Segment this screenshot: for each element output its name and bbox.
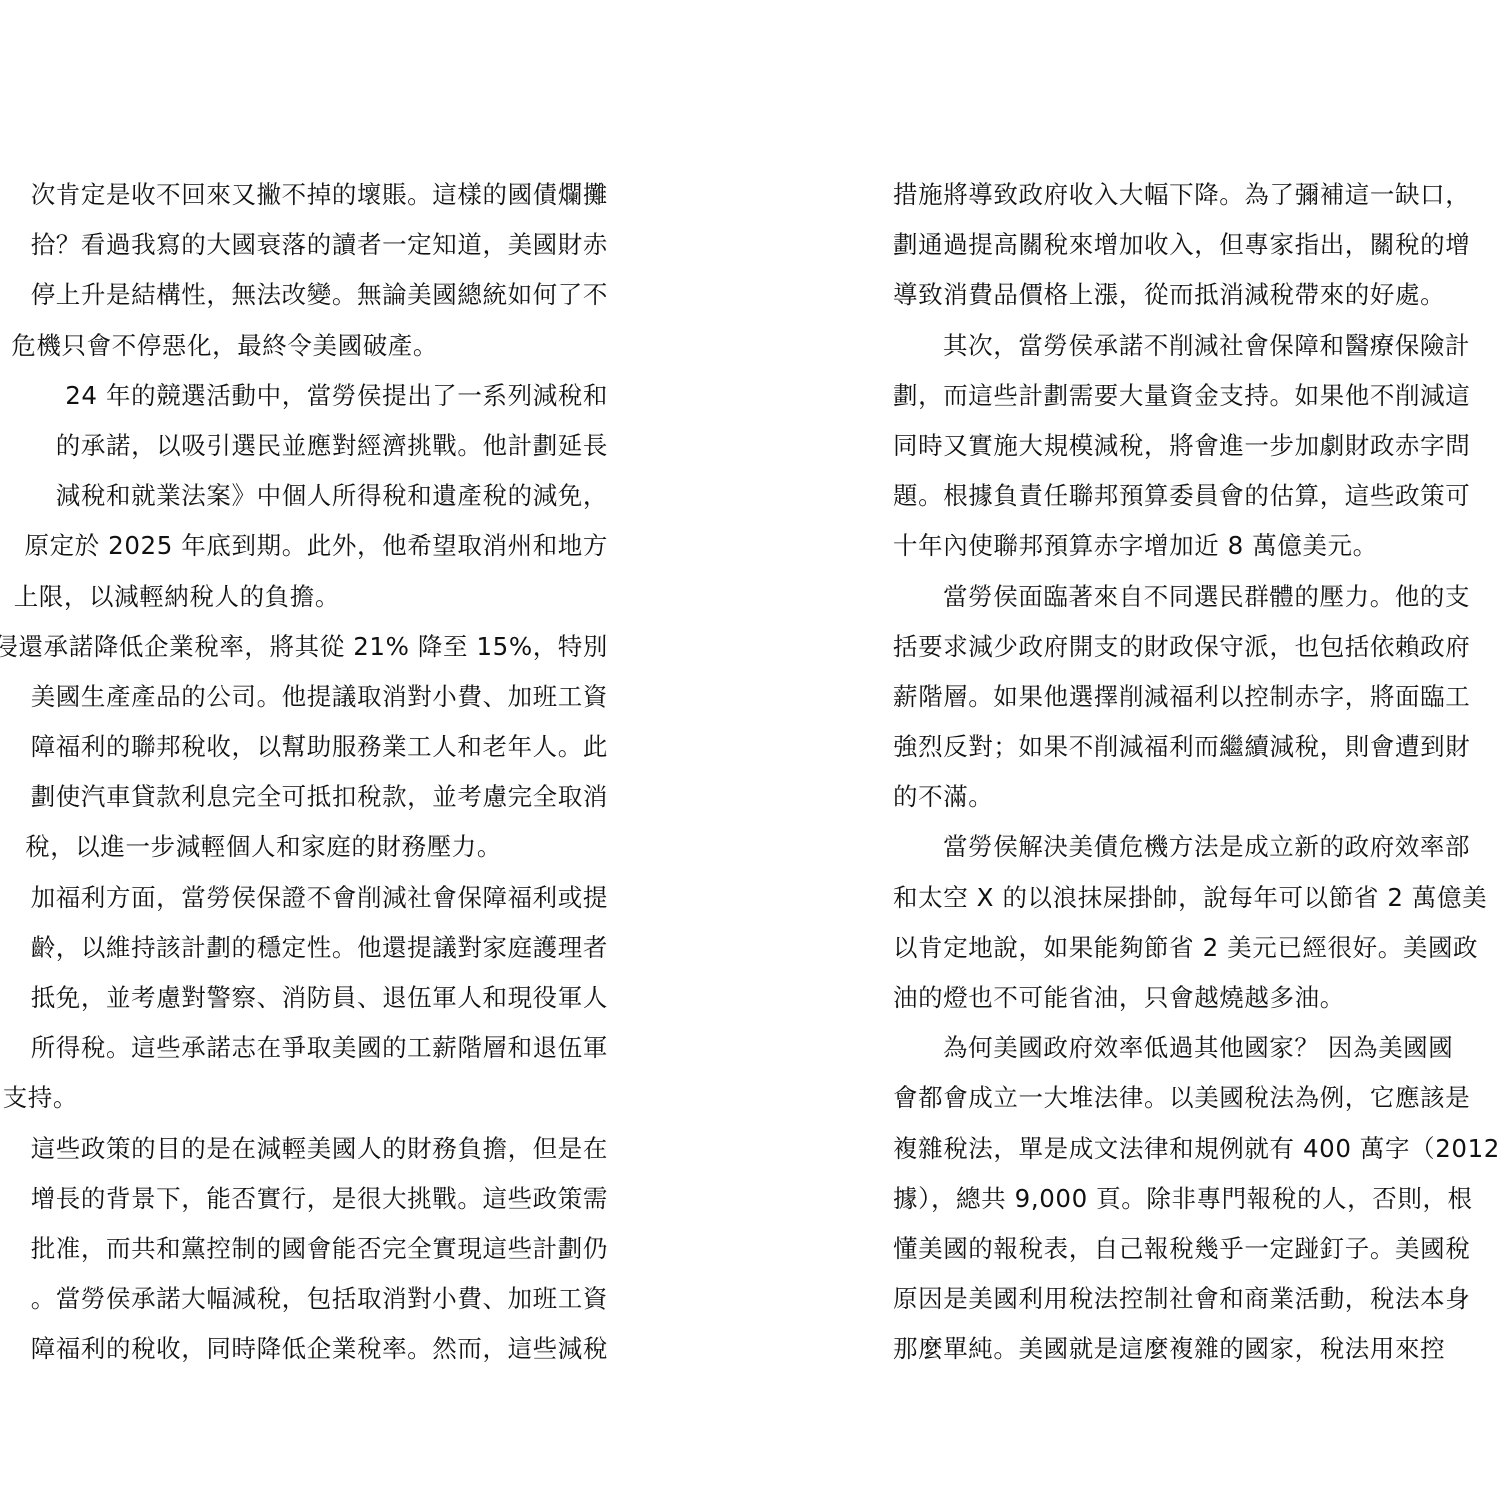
text-line: 據），總共 9,000 頁。除非專門報稅的人，否則，根 <box>893 1174 1500 1224</box>
text-line: 薪階層。如果他選擇削減福利以控制赤字，將面臨工 <box>893 672 1500 722</box>
text-line: 油的燈也不可能省油，只會越燒越多油。 <box>893 973 1500 1023</box>
line-text: 。當勞侯承諾大幅減稅，包括取消對小費、加班工資 <box>31 1284 608 1313</box>
text-line: 劃，而這些計劃需要大量資金支持。如果他不削減這 <box>893 371 1500 421</box>
text-line: 減稅和就業法案》中個人所得稅和遺產稅的減免， <box>0 471 620 521</box>
text-line: 增長的背景下，能否實行，是很大挑戰。這些政策需 <box>0 1174 620 1224</box>
text-line: 導致消費品價格上漲，從而抵消減稅帶來的好處。 <box>893 270 1500 320</box>
text-line: 措施將導致政府收入大幅下降。為了彌補這一缺口， <box>893 170 1500 220</box>
text-line: 同時又實施大規模減稅，將會進一步加劇財政赤字問 <box>893 421 1500 471</box>
line-text: 加福利方面，當勞侯保證不會削減社會保障福利或提 <box>31 883 608 912</box>
paragraph-start-line: 當勞侯面臨著來自不同選民群體的壓力。他的支 <box>893 572 1500 622</box>
line-text: 障福利的聯邦稅收，以幫助服務業工人和老年人。此 <box>31 732 608 761</box>
text-line: 加福利方面，當勞侯保證不會削減社會保障福利或提 <box>0 873 620 923</box>
text-line: 劃通過提高關稅來增加收入，但專家指出，關稅的增 <box>893 220 1500 270</box>
line-text: 危機只會不停惡化，最終令美國破產。 <box>11 331 608 360</box>
paragraph-start-line: 其次，當勞侯承諾不削減社會保障和醫療保險計 <box>893 321 1500 371</box>
line-text: 美國生產產品的公司。他提議取消對小費、加班工資 <box>31 682 608 711</box>
line-text: 停上升是結構性，無法改變。無論美國總統如何了不 <box>31 280 608 309</box>
line-text: 24 年的競選活動中，當勞侯提出了一系列減稅和 <box>65 381 608 410</box>
text-line: 所得稅。這些承諾志在爭取美國的工薪階層和退伍軍 <box>0 1023 620 1073</box>
text-line: 。當勞侯承諾大幅減稅，包括取消對小費、加班工資 <box>0 1274 620 1324</box>
text-line: 原因是美國利用稅法控制社會和商業活動，稅法本身 <box>893 1274 1500 1324</box>
text-line: 的不滿。 <box>893 772 1500 822</box>
line-text: 這些政策的目的是在減輕美國人的財務負擔，但是在 <box>31 1134 608 1163</box>
paragraph-start-line: 當勞侯解決美債危機方法是成立新的政府效率部 <box>893 822 1500 872</box>
text-line: 原定於 2025 年底到期。此外，他希望取消州和地方 <box>0 521 620 571</box>
text-line: 障福利的稅收，同時降低企業稅率。然而，這些減稅 <box>0 1324 620 1374</box>
line-text: 減稅和就業法案》中個人所得稅和遺產稅的減免， <box>56 481 608 510</box>
text-line: 十年內使聯邦預算赤字增加近 8 萬億美元。 <box>893 521 1500 571</box>
line-text: 上限，以減輕納稅人的負擔。 <box>14 582 608 611</box>
text-line: 停上升是結構性，無法改變。無論美國總統如何了不 <box>0 270 620 320</box>
text-line: 抵免，並考慮對警察、消防員、退伍軍人和現役軍人 <box>0 973 620 1023</box>
text-line: 的承諾，以吸引選民並應對經濟挑戰。他計劃延長 <box>0 421 620 471</box>
line-text: 的承諾，以吸引選民並應對經濟挑戰。他計劃延長 <box>56 431 608 460</box>
text-line: 危機只會不停惡化，最終令美國破產。 <box>0 321 620 371</box>
text-line: 會都會成立一大堆法律。以美國稅法為例，它應該是 <box>893 1073 1500 1123</box>
line-text: 批准，而共和黨控制的國會能否完全實現這些計劃仍 <box>31 1234 608 1263</box>
line-text: 侵還承諾降低企業稅率，將其從 21% 降至 15%，特別 <box>0 632 608 661</box>
line-text: 劃使汽車貸款利息完全可抵扣稅款，並考慮完全取消 <box>31 782 608 811</box>
line-text: 齡，以維持該計劃的穩定性。他還提議對家庭護理者 <box>31 933 608 962</box>
text-line: 24 年的競選活動中，當勞侯提出了一系列減稅和 <box>0 371 620 421</box>
text-line: 上限，以減輕納稅人的負擔。 <box>0 572 620 622</box>
right-page: 措施將導致政府收入大幅下降。為了彌補這一缺口， 劃通過提高關稅來增加收入，但專家… <box>893 170 1500 1375</box>
text-line: 稅，以進一步減輕個人和家庭的財務壓力。 <box>0 822 620 872</box>
line-text: 抵免，並考慮對警察、消防員、退伍軍人和現役軍人 <box>31 983 608 1012</box>
text-line: 美國生產產品的公司。他提議取消對小費、加班工資 <box>0 672 620 722</box>
line-text: 稅，以進一步減輕個人和家庭的財務壓力。 <box>25 832 608 861</box>
line-text: 拾？看過我寫的大國衰落的讀者一定知道，美國財赤 <box>31 230 608 259</box>
line-text: 所得稅。這些承諾志在爭取美國的工薪階層和退伍軍 <box>31 1033 608 1062</box>
line-text: 增長的背景下，能否實行，是很大挑戰。這些政策需 <box>31 1184 608 1213</box>
text-line: 障福利的聯邦稅收，以幫助服務業工人和老年人。此 <box>0 722 620 772</box>
text-line: 批准，而共和黨控制的國會能否完全實現這些計劃仍 <box>0 1224 620 1274</box>
text-line: 支持。 <box>0 1073 620 1123</box>
text-line: 括要求減少政府開支的財政保守派，也包括依賴政府 <box>893 622 1500 672</box>
text-line: 劃使汽車貸款利息完全可抵扣稅款，並考慮完全取消 <box>0 772 620 822</box>
text-line: 強烈反對；如果不削減福利而繼續減稅，則會遭到財 <box>893 722 1500 772</box>
line-text: 原定於 2025 年底到期。此外，他希望取消州和地方 <box>24 531 608 560</box>
text-line: 拾？看過我寫的大國衰落的讀者一定知道，美國財赤 <box>0 220 620 270</box>
left-page: 次肯定是收不回來又撇不掉的壞賬。這樣的國債爛攤 拾？看過我寫的大國衰落的讀者一定… <box>0 170 620 1375</box>
text-line: 和太空 X 的以浪抹屎掛帥，說每年可以節省 2 萬億美 <box>893 873 1500 923</box>
text-line: 題。根據負責任聯邦預算委員會的估算，這些政策可 <box>893 471 1500 521</box>
text-line: 那麼單純。美國就是這麼複雜的國家，稅法用來控 <box>893 1324 1500 1374</box>
paragraph-start-line: 為何美國政府效率低過其他國家？ 因為美國國 <box>893 1023 1500 1073</box>
text-line: 這些政策的目的是在減輕美國人的財務負擔，但是在 <box>0 1124 620 1174</box>
text-line: 以肯定地說，如果能夠節省 2 美元已經很好。美國政 <box>893 923 1500 973</box>
line-text: 支持。 <box>3 1083 608 1112</box>
text-line: 懂美國的報稅表，自己報稅幾乎一定踫釘子。美國稅 <box>893 1224 1500 1274</box>
text-line: 複雜稅法，單是成文法律和規例就有 400 萬字（2012 <box>893 1124 1500 1174</box>
text-line: 齡，以維持該計劃的穩定性。他還提議對家庭護理者 <box>0 923 620 973</box>
line-text: 次肯定是收不回來又撇不掉的壞賬。這樣的國債爛攤 <box>31 180 608 209</box>
text-line: 次肯定是收不回來又撇不掉的壞賬。這樣的國債爛攤 <box>0 170 620 220</box>
text-line: 侵還承諾降低企業稅率，將其從 21% 降至 15%，特別 <box>0 622 620 672</box>
line-text: 障福利的稅收，同時降低企業稅率。然而，這些減稅 <box>31 1334 608 1363</box>
